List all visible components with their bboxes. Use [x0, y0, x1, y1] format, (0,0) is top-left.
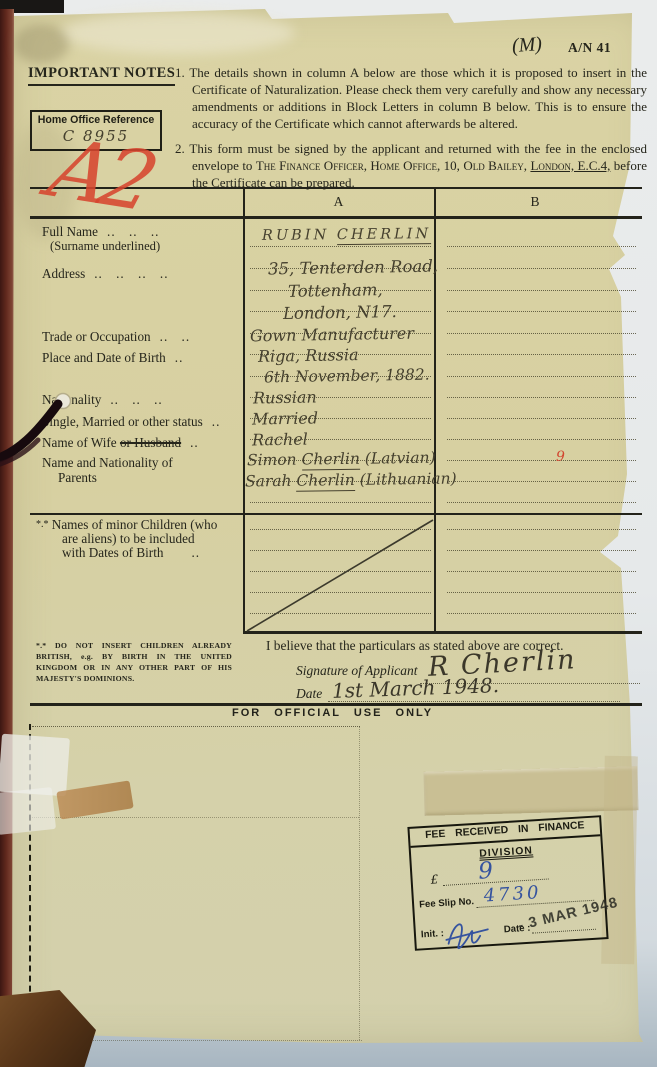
ruled-line [447, 571, 636, 572]
full-name-value: Rubin Cherlin [262, 226, 431, 244]
dot-leader: .. .. .. .. [94, 266, 168, 281]
ruled-line [447, 550, 636, 551]
trade-value: Gown Manufacturer [250, 324, 414, 346]
asterisk-prefix: *.* [36, 519, 49, 530]
wife-name-value: Rachel [252, 430, 308, 450]
form-code: A/N 41 [568, 40, 611, 56]
ruled-line [447, 502, 636, 503]
official-box-top-edge [32, 726, 360, 727]
binding-edge [0, 9, 14, 1005]
tape-fragment [0, 734, 70, 797]
red-check-mark: 9 [556, 449, 565, 465]
scanned-naturalization-form: (M) A/N 41 IMPORTANT NOTES 1. The detail… [0, 0, 657, 1067]
official-box-mid-line [32, 817, 359, 818]
dot-leader: .. .. [160, 329, 190, 344]
father-surname: Cherlin [301, 450, 360, 471]
note-2-addressee-city: London, E.C.4, [530, 158, 610, 173]
ruled-line [250, 246, 431, 247]
mother-surname: Cherlin [296, 471, 355, 492]
ruled-line [447, 311, 636, 312]
mother-nationality: (Lithuanian) [355, 470, 457, 489]
surname: Cherlin [337, 226, 431, 245]
first-name: Rubin [262, 227, 329, 244]
ruled-line [447, 418, 636, 419]
ruled-line [447, 439, 636, 440]
ruled-line [447, 460, 636, 461]
fee-slip-label: Fee Slip No. [419, 896, 474, 910]
ruled-line [447, 529, 636, 530]
note-2-number: 2. [175, 141, 185, 156]
address-line-2: Tottenham, [288, 280, 383, 301]
ruled-line [447, 481, 636, 482]
children-footnote: *.* DO NOT INSERT CHILDREN ALREADY BRITI… [36, 641, 232, 685]
fee-amount-value: 9 [477, 858, 493, 885]
currency-symbol: £ [430, 872, 438, 886]
fee-date-line [532, 929, 596, 934]
trade-label: Trade or Occupation.. .. [42, 329, 190, 345]
nationality-value: Russian [253, 387, 317, 407]
official-box-right-edge [359, 726, 360, 1040]
birth-label: Place and Date of Birth.. [42, 350, 183, 366]
initials-scribble [443, 915, 497, 960]
ruled-line [447, 376, 636, 377]
note-1-number: 1. [175, 65, 185, 80]
ruled-line [447, 333, 636, 334]
notes-block: 1. The details shown in column A below a… [175, 64, 647, 198]
column-a-header: A [243, 194, 434, 210]
column-b-header: B [436, 194, 634, 210]
father-first: Simon [247, 451, 297, 470]
binding-thread [0, 372, 140, 482]
ruled-line [250, 502, 431, 503]
date-label: Date [296, 686, 322, 702]
label-text: Names of minor Children (who [52, 517, 218, 532]
ruled-line [447, 268, 636, 269]
dot-leader: .. [190, 435, 199, 450]
official-use-heading: FOR OFFICIAL USE ONLY [232, 707, 433, 719]
label-text: Place and Date of Birth [42, 350, 166, 365]
corner-mark: (M) [511, 33, 543, 58]
ruled-line [447, 354, 636, 355]
notes-heading-text: IMPORTANT NOTES [28, 65, 175, 86]
ruled-line [447, 613, 636, 614]
note-2-addressee: The Finance Officer, Home Office, 10, Ol… [256, 158, 531, 173]
note-1-text: The details shown in column A below are … [189, 65, 647, 131]
paper-stain-top [60, 12, 295, 54]
official-section-rule [30, 703, 642, 706]
children-label-line3: with Dates of Birth.. [62, 545, 200, 561]
label-text: Trade or Occupation [42, 329, 151, 344]
label-text: with Dates of Birth [62, 545, 163, 560]
tape-fragment [0, 787, 56, 835]
ruled-line [447, 397, 636, 398]
status-value: Married [252, 408, 318, 428]
address-line-1: 35, Tenterden Road, [268, 257, 438, 279]
ruled-line [447, 290, 636, 291]
mother-first: Sarah [245, 472, 292, 491]
full-name-label: Full Name.. .. .. [42, 224, 159, 240]
ruled-line [447, 592, 636, 593]
birth-date-value: 6th November, 1882. [264, 366, 430, 387]
diagonal-strike [243, 516, 436, 634]
father-nationality: (Latvian) [360, 449, 436, 468]
father-value: Simon Cherlin (Latvian) [247, 449, 436, 470]
label-text: Address [42, 266, 85, 281]
note-2: 2. This form must be signed by the appli… [175, 140, 647, 191]
birth-place-value: Riga, Russia [258, 345, 359, 366]
label-text: Full Name [42, 224, 98, 239]
table-section-rule [30, 513, 642, 515]
paper-stain-corner [14, 24, 69, 64]
surname-underlined-note: (Surname underlined) [50, 239, 160, 254]
fee-received-box: FEE RECEIVED IN FINANCE DIVISION £ 9 Fee… [407, 815, 608, 951]
address-line-3: London, N17. [283, 302, 397, 323]
dot-leader: .. [175, 350, 184, 365]
ruled-line [447, 246, 636, 247]
dot-leader: .. [191, 545, 200, 560]
dot-leader: .. [212, 414, 221, 429]
notes-heading: IMPORTANT NOTES [28, 64, 175, 86]
note-1: 1. The details shown in column A below a… [175, 64, 647, 133]
mother-value: Sarah Cherlin (Lithuanian) [245, 470, 457, 491]
address-label: Address.. .. .. .. [42, 266, 169, 282]
init-label: Init. : [421, 928, 445, 940]
home-office-reference-label: Home Office Reference [32, 114, 160, 126]
